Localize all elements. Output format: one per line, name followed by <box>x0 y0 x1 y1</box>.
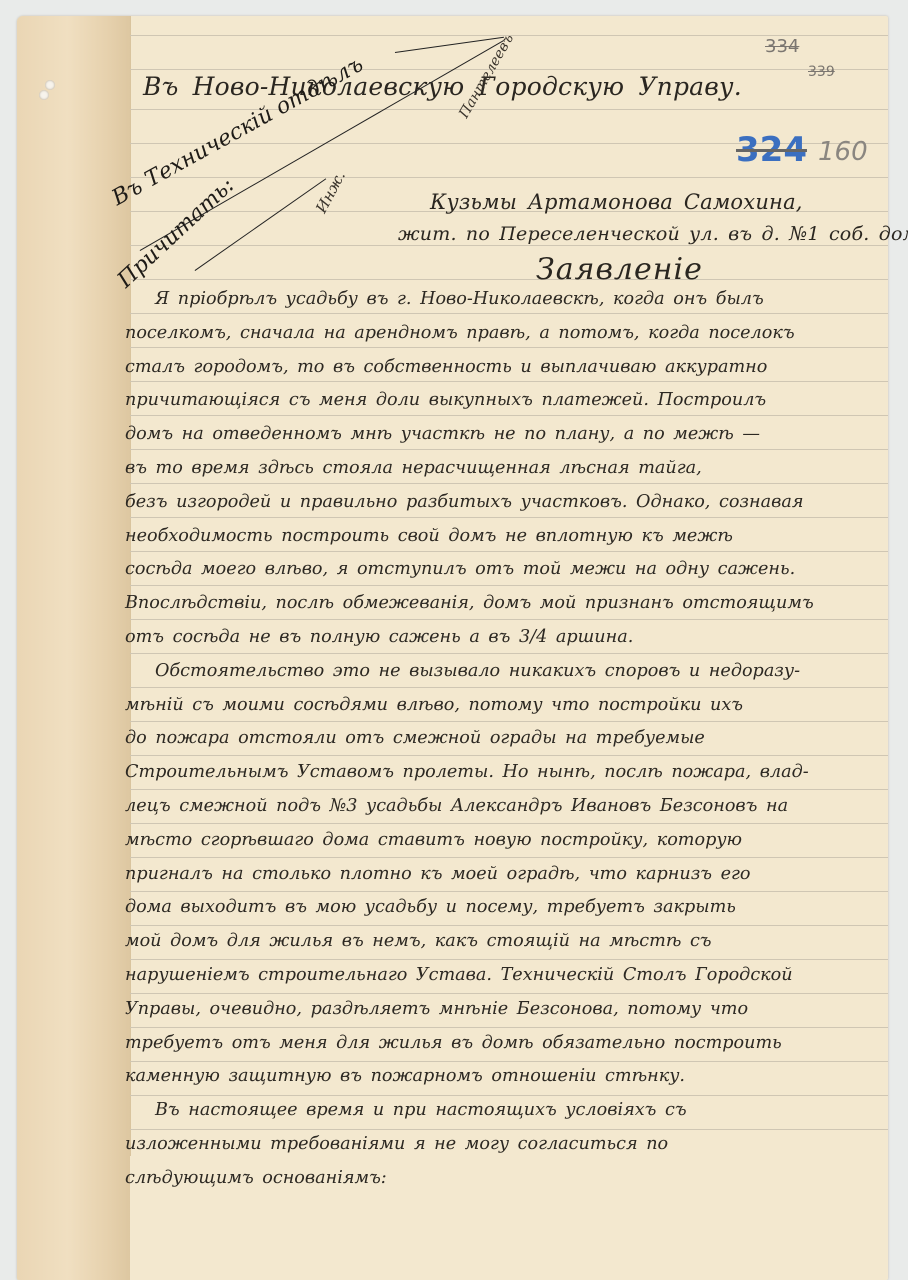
body-line: лецъ смежной подъ №3 усадьбы Александръ … <box>125 790 885 824</box>
body-line: необходимость построить свой домъ не впл… <box>125 520 885 554</box>
archive-number-blue-crossed: 324 <box>736 130 807 170</box>
body-line: до пожара отстояли отъ смежной ограды на… <box>125 722 885 756</box>
body-line: сталъ городомъ, то въ собственность и вы… <box>125 351 885 385</box>
body-line: безъ изгородей и правильно разбитыхъ уча… <box>125 486 885 520</box>
body-line: Строительнымъ Уставомъ пролеты. Но нынѣ,… <box>125 756 885 790</box>
body-line: мѣсто сгорѣвшаго дома ставитъ новую пост… <box>125 824 885 858</box>
punch-hole <box>45 80 55 90</box>
body-line: изложенными требованіями я не могу согла… <box>125 1128 885 1162</box>
petitioner-address: жит. по Переселенческой ул. въ д. №1 соб… <box>398 223 908 245</box>
punch-hole <box>39 90 49 100</box>
body-line: сосѣда моего влѣво, я отступилъ отъ той … <box>125 553 885 587</box>
body-line: слѣдующимъ основаніямъ: <box>125 1162 885 1196</box>
body-line: отъ сосѣда не въ полную сажень а въ 3/4 … <box>125 621 885 655</box>
body-line: каменную защитную въ пожарномъ отношеніи… <box>125 1060 885 1094</box>
body-line: Впослѣдствіи, послѣ обмежеванія, домъ мо… <box>125 587 885 621</box>
body-line: поселкомъ, сначала на арендномъ правѣ, а… <box>125 317 885 351</box>
body-line: въ то время здѣсь стояла нерасчищенная л… <box>125 452 885 486</box>
petition-body: Я пріобрѣлъ усадьбу въ г. Ново-Николаевс… <box>125 283 885 1196</box>
body-line: причитающіяся съ меня доли выкупныхъ пла… <box>125 384 885 418</box>
body-line: дома выходитъ въ мою усадьбу и посему, т… <box>125 891 885 925</box>
archive-number-current: 160 <box>818 137 868 167</box>
body-line: мѣній съ моими сосѣдями влѣво, потому чт… <box>125 689 885 723</box>
document-title: Заявленіе <box>536 252 703 287</box>
petitioner-name: Кузьмы Артамонова Самохина, <box>430 190 803 214</box>
body-line: пригналъ на столько плотно къ моей оград… <box>125 858 885 892</box>
archive-number-crossed: 339 <box>808 64 835 80</box>
body-line: Въ настоящее время и при настоящихъ усло… <box>125 1094 885 1128</box>
body-line: требуетъ отъ меня для жилья въ домѣ обяз… <box>125 1027 885 1061</box>
binding-strip <box>17 16 131 1280</box>
body-line: нарушеніемъ строительнаго Устава. Технич… <box>125 959 885 993</box>
body-line: мой домъ для жилья въ немъ, какъ стоящій… <box>125 925 885 959</box>
body-line: домъ на отведенномъ мнѣ участкѣ не по пл… <box>125 418 885 452</box>
body-line: Я пріобрѣлъ усадьбу въ г. Ново-Николаевс… <box>125 283 885 317</box>
body-line: Управы, очевидно, раздѣляетъ мнѣніе Безс… <box>125 993 885 1027</box>
archive-number-crossed: 334 <box>765 36 799 57</box>
body-line: Обстоятельство это не вызывало никакихъ … <box>125 655 885 689</box>
